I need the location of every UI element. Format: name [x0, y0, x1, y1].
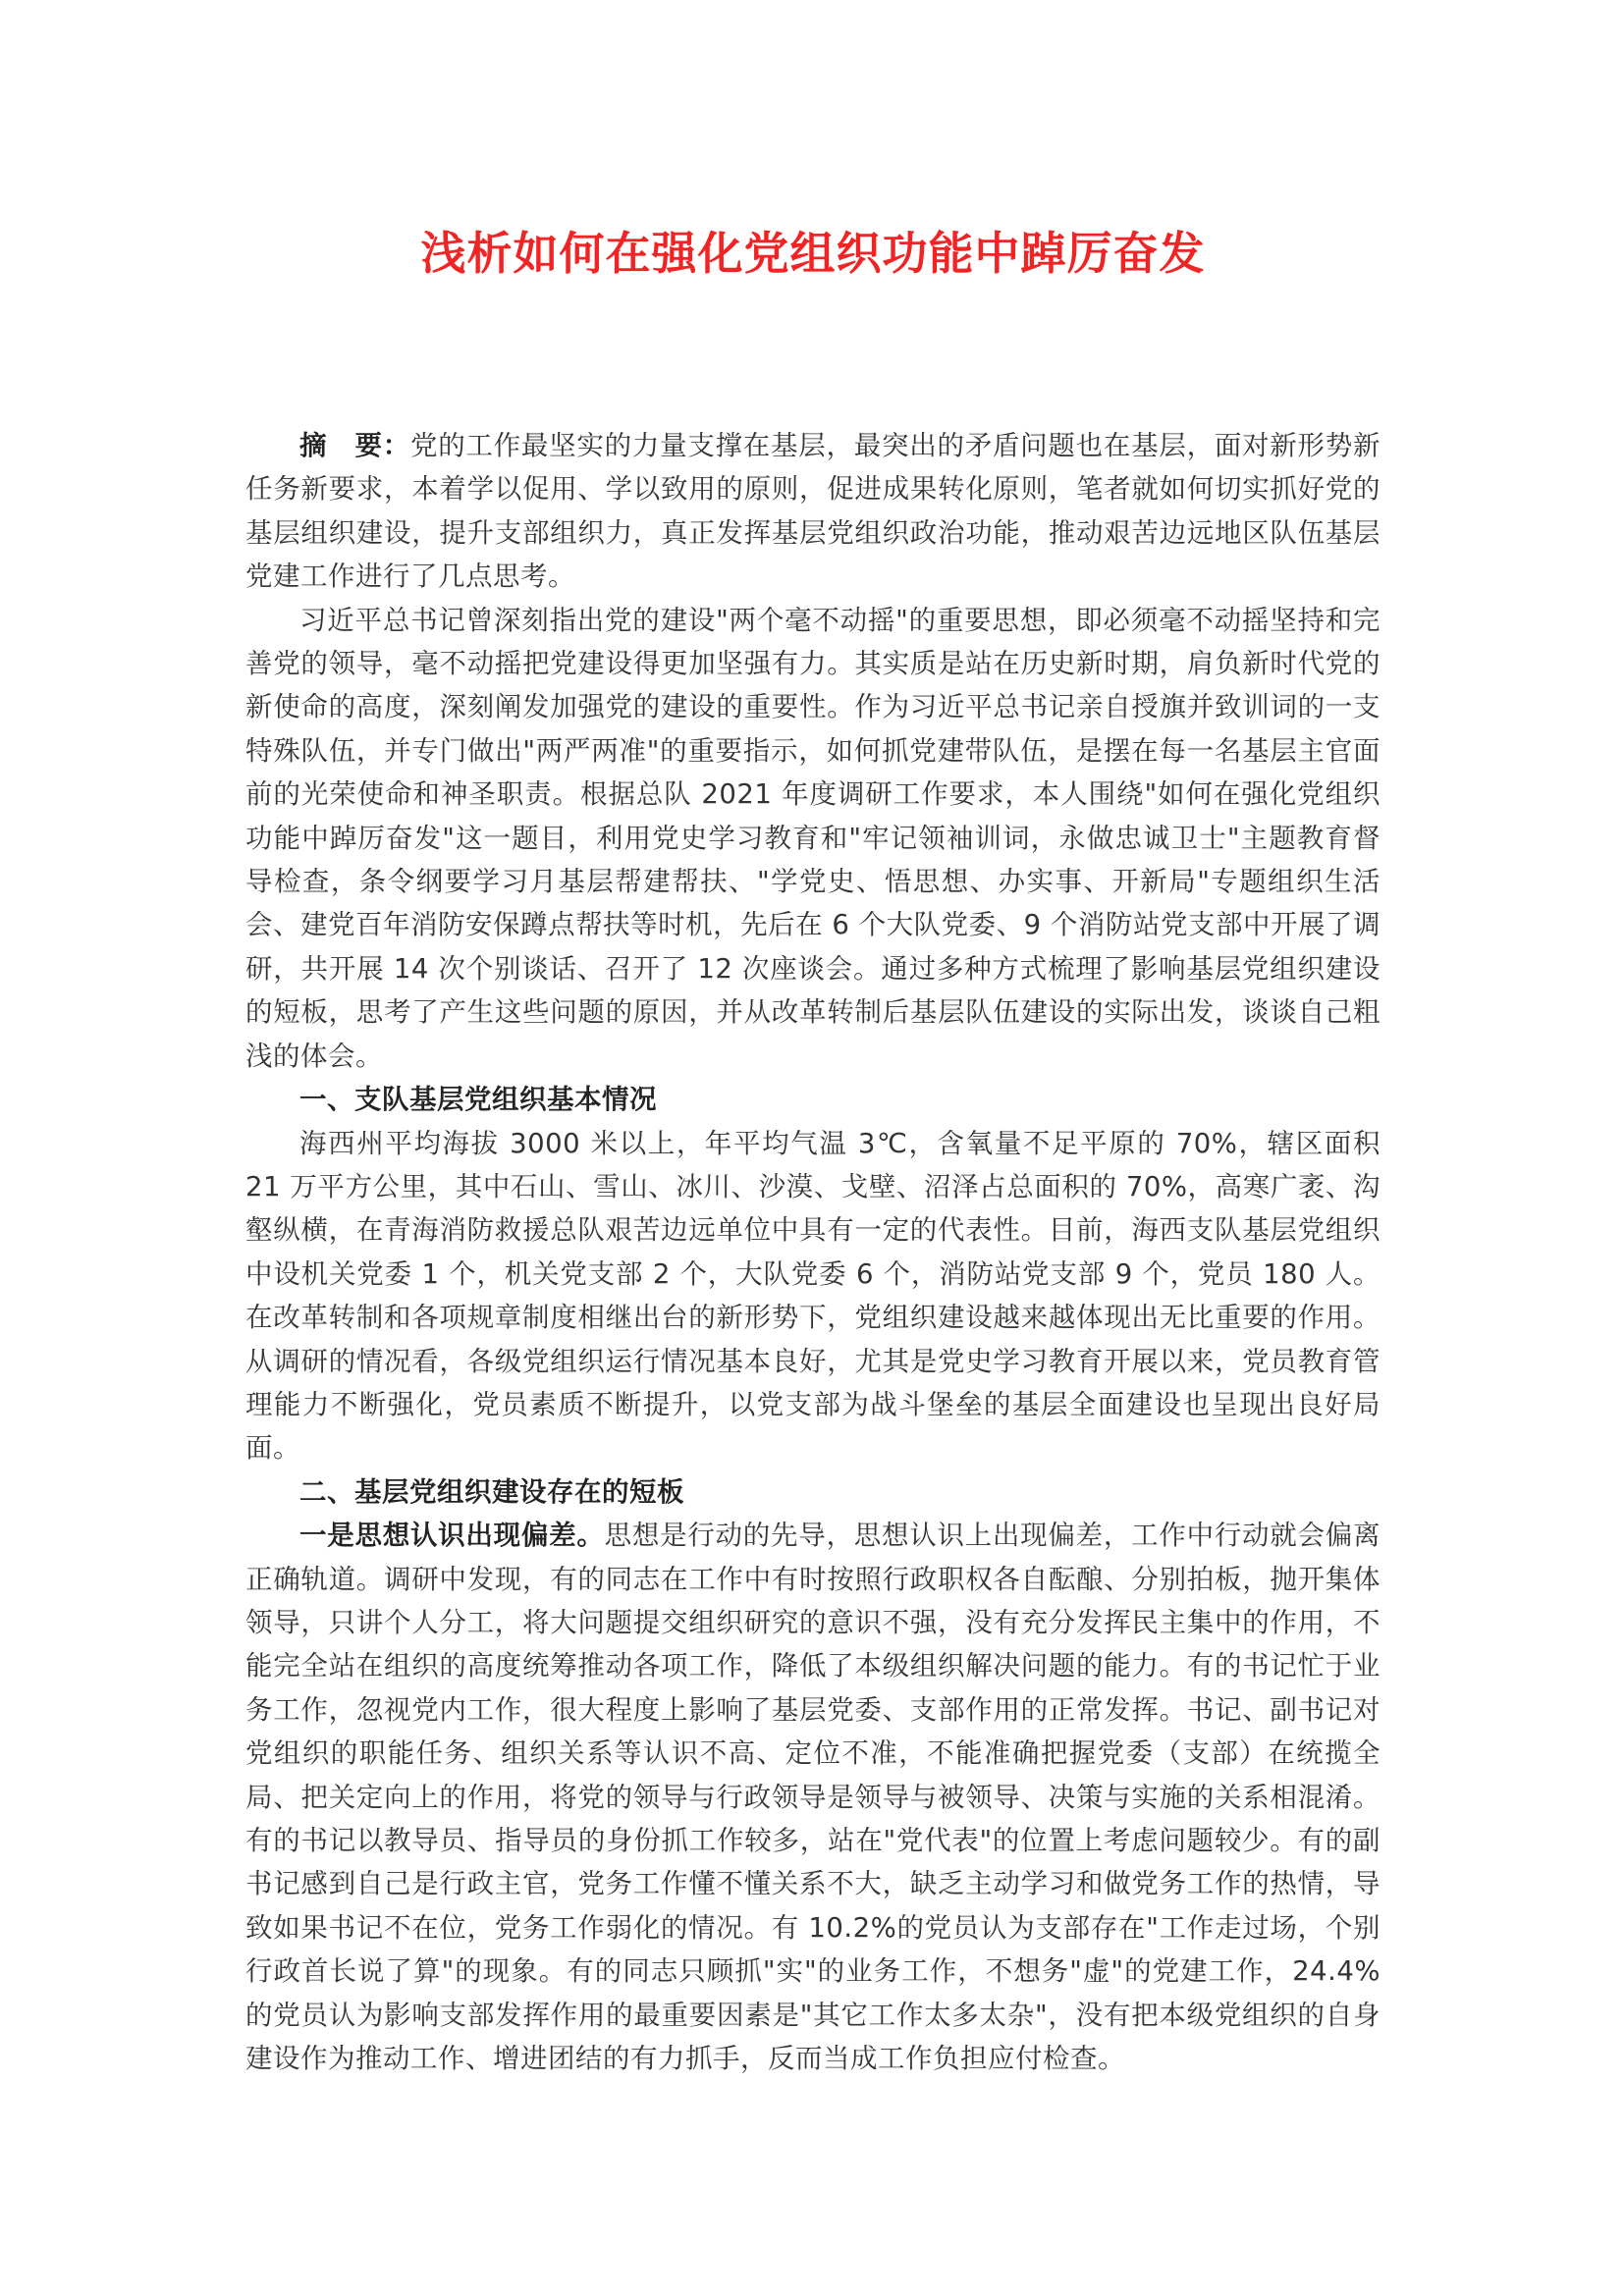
intro-paragraph: 习近平总书记曾深刻指出党的建设"两个毫不动摇"的重要思想，即必须毫不动摇坚持和完…	[245, 599, 1380, 1078]
document-body: 摘 要：党的工作最坚实的力量支撑在基层，最突出的矛盾问题也在基层，面对新形势新任…	[245, 424, 1380, 2080]
section-heading-2: 二、基层党组织建设存在的短板	[245, 1470, 1380, 1514]
section2-point1-paragraph: 一是思想认识出现偏差。思想是行动的先导，思想认识上出现偏差，工作中行动就会偏离正…	[245, 1514, 1380, 2080]
abstract-paragraph: 摘 要：党的工作最坚实的力量支撑在基层，最突出的矛盾问题也在基层，面对新形势新任…	[245, 424, 1380, 599]
document-title: 浅析如何在强化党组织功能中踔厉奋发	[245, 224, 1380, 283]
abstract-text: 党的工作最坚实的力量支撑在基层，最突出的矛盾问题也在基层，面对新形势新任务新要求…	[245, 430, 1380, 592]
point1-text: 思想是行动的先导，思想认识上出现偏差，工作中行动就会偏离正确轨道。调研中发现，有…	[245, 1520, 1380, 2074]
section-heading-1: 一、支队基层党组织基本情况	[245, 1078, 1380, 1121]
section1-paragraph: 海西州平均海拔 3000 米以上，年平均气温 3℃，含氧量不足平原的 70%，辖…	[245, 1122, 1380, 1470]
abstract-label: 摘 要：	[299, 430, 410, 461]
point1-lead: 一是思想认识出现偏差。	[299, 1520, 605, 1551]
